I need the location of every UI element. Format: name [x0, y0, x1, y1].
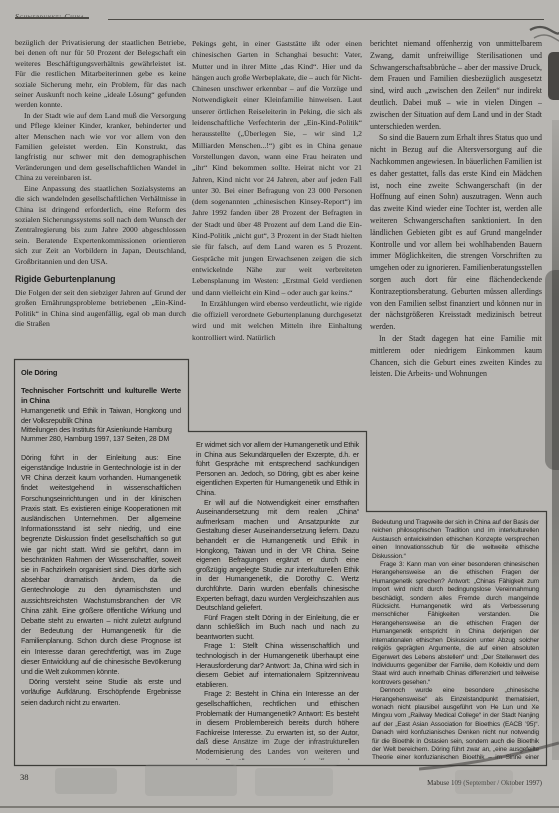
scanned-page: Schwerpunkt: China bezüglich der Privati… [0, 0, 559, 813]
review-box-column-3: Bedeutung und Tragweite der sich in Chin… [372, 519, 539, 760]
spacer [21, 445, 181, 453]
review-paragraph: Dennoch wurde eine besondere „chinesisch… [372, 687, 539, 760]
review-details: Nummer 280, Hamburg 1997, 137 Seiten, 28… [21, 435, 181, 444]
review-title: Technischer Fortschritt und kulturelle W… [21, 386, 181, 405]
review-subtitle: Humangenetik und Ethik in Taiwan, Hongko… [21, 407, 181, 426]
review-author: Ole Döring [21, 368, 181, 377]
review-paragraph: Bedeutung und Tragweite der sich in Chin… [372, 519, 539, 561]
footer-journal-line: Mabuse 109 (September / Oktober 1997) [320, 779, 542, 787]
review-paragraph: Döring führt in der Einleitung aus: Eine… [21, 453, 181, 677]
review-publisher: Mitteilungen des Instituts für Asienkund… [21, 426, 181, 435]
review-box-column-2: Er widmet sich vor allem der Humangeneti… [196, 440, 359, 760]
review-box-column-1: Ole Döring Technischer Fortschritt und k… [21, 368, 181, 760]
review-paragraph: Er widmet sich vor allem der Humangeneti… [196, 440, 359, 498]
review-paragraph: Fünf Fragen stellt Döring in der Einleit… [196, 613, 359, 642]
footer-page-number: 38 [20, 772, 29, 782]
review-paragraph: Döring versteht seine Studie als erste u… [21, 677, 181, 708]
review-paragraph: Frage 2: Besteht in China ein Interesse … [196, 689, 359, 760]
review-paragraph: Er will auf die Notwendigkeit einer erns… [196, 498, 359, 613]
review-paragraph: Frage 3: Kann man von einer besonderen c… [372, 561, 539, 687]
review-paragraph: Frage 1: Stellt China wissenschaftlich u… [196, 641, 359, 689]
